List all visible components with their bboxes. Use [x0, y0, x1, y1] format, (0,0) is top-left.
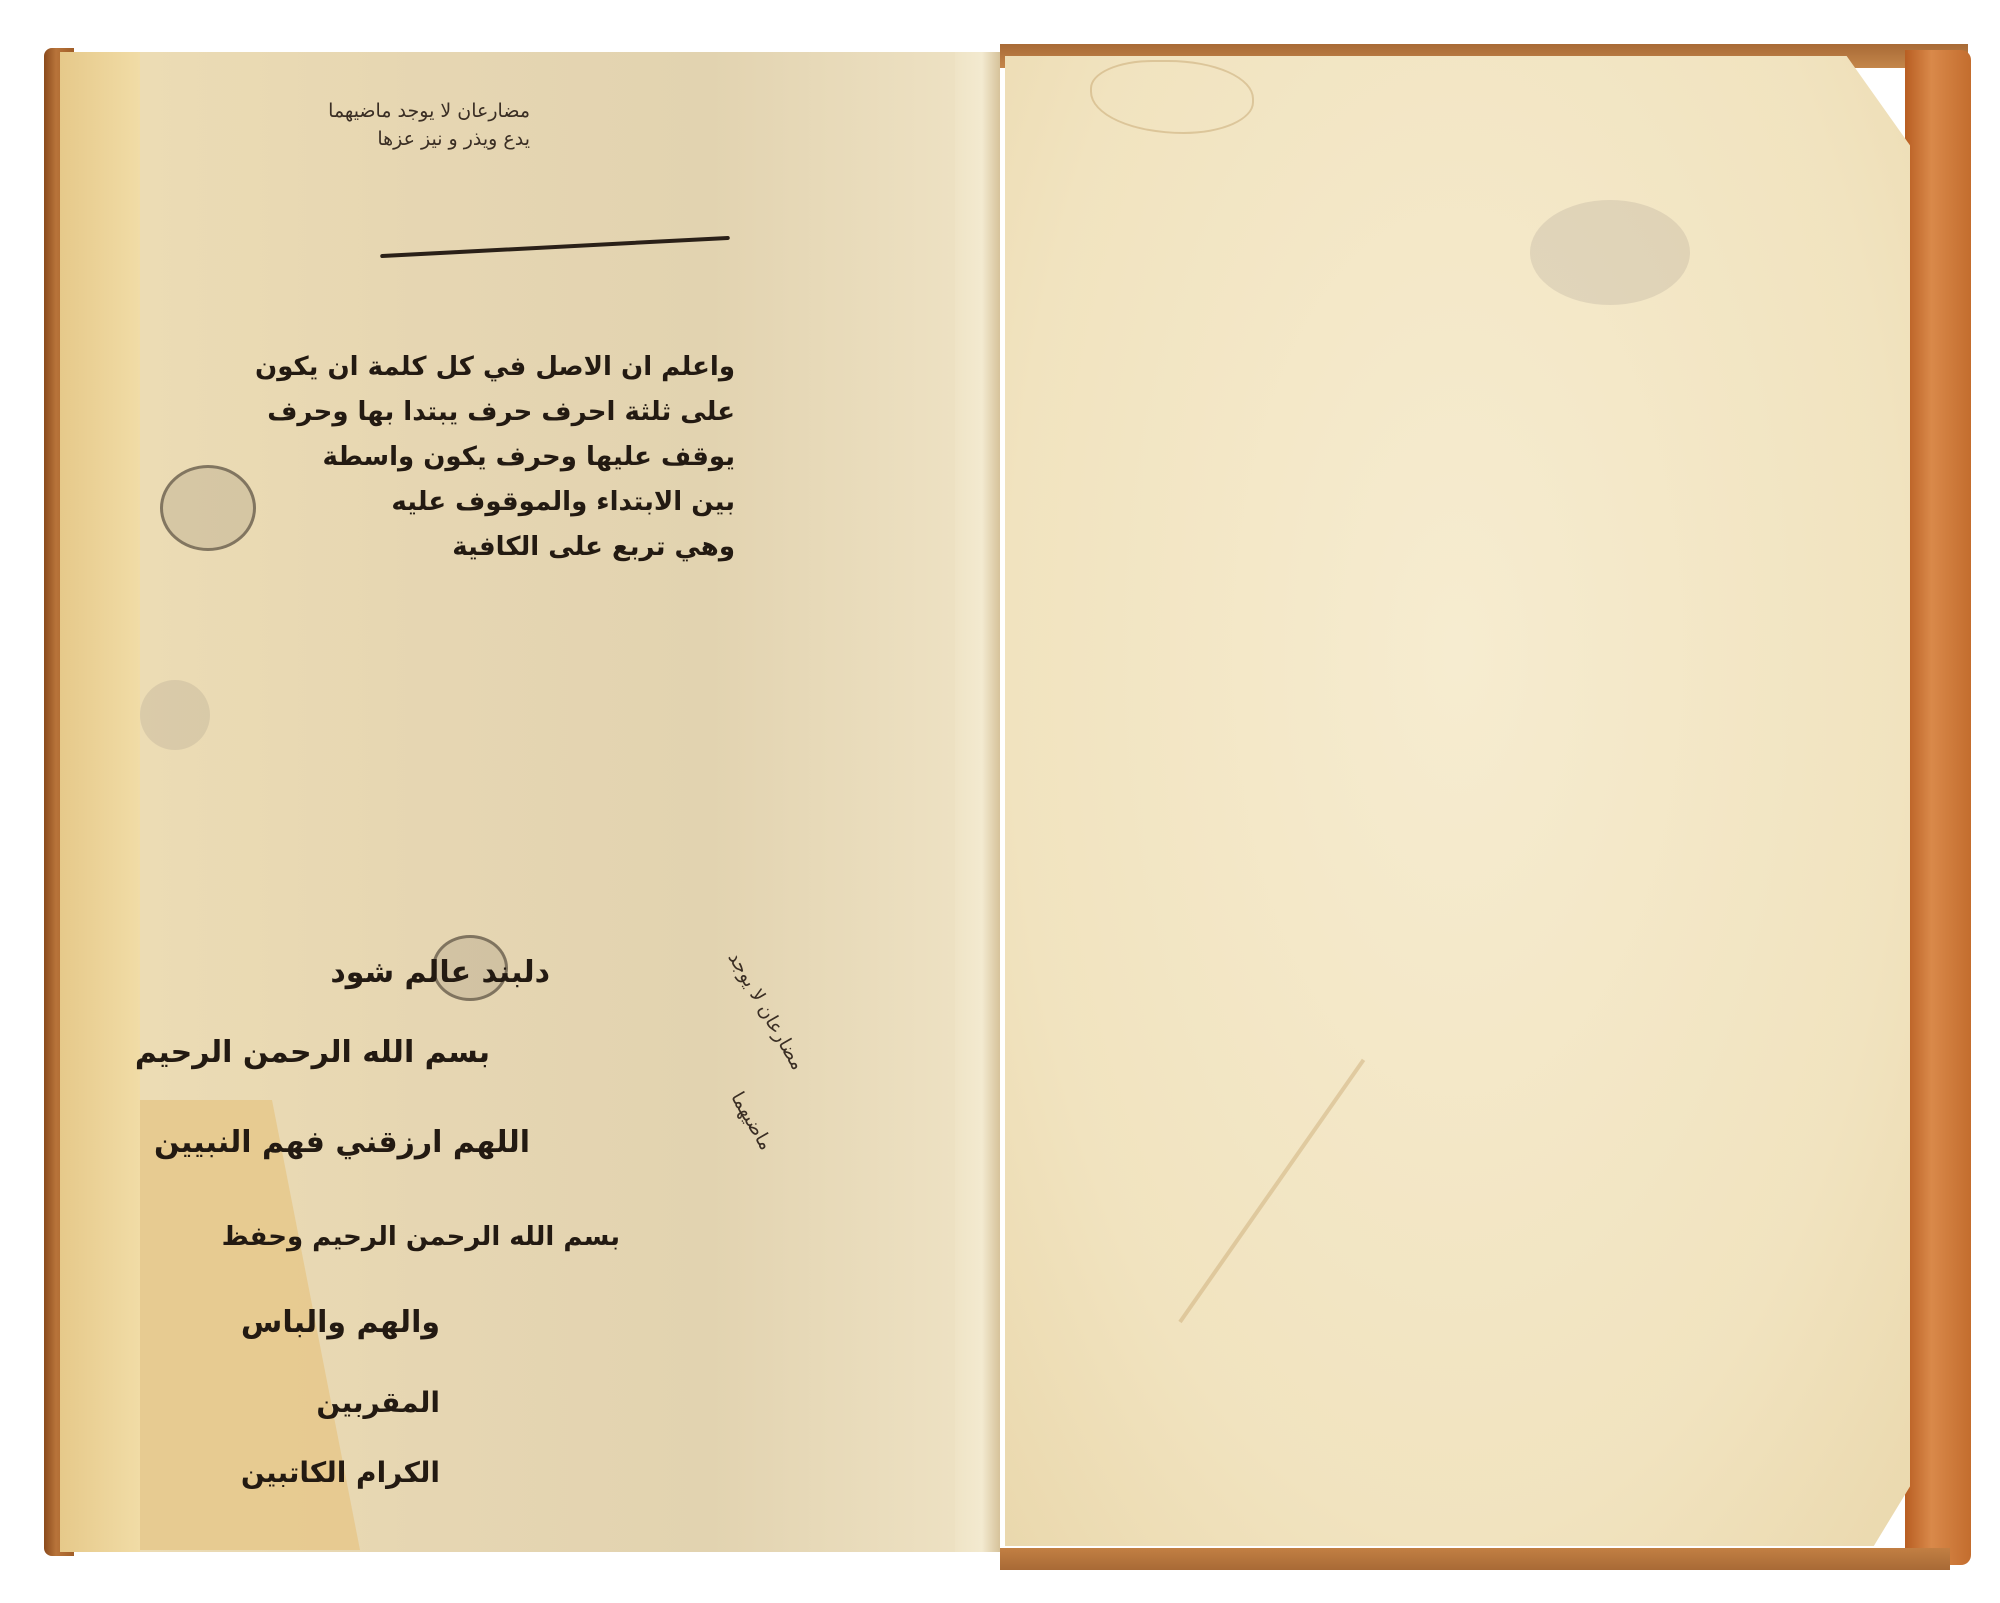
lower-line: والهم والباس: [241, 1300, 440, 1345]
text-line: واعلم ان الاصل في كل كلمة ان يكون: [255, 345, 735, 390]
main-text-block: واعلم ان الاصل في كل كلمة ان يكون على ثل…: [255, 345, 735, 570]
leather-cover-bottom-edge: [1000, 1548, 1950, 1570]
top-note: يدع ويذر و نيز عزها: [377, 128, 530, 150]
leather-cover-right-edge: [1905, 50, 1971, 1565]
top-note: مضارعان لا يوجد ماضيهما: [328, 100, 530, 122]
lower-line: دلبند عالم شود: [330, 950, 550, 995]
gutter: [955, 52, 1000, 1552]
offset-seal-impression: [1530, 200, 1690, 305]
left-page-repair-strip: [60, 52, 140, 1552]
text-line: يوقف عليها وحرف يكون واسطة: [255, 435, 735, 480]
text-line: بين الابتداء والموقوف عليه: [255, 480, 735, 525]
ownership-seal-upper: [160, 465, 256, 551]
lower-line: المقربين: [316, 1380, 440, 1425]
faint-stamp: [140, 680, 210, 750]
text-line: وهي تربع على الكافية: [255, 525, 735, 570]
text-line: على ثلثة احرف حرف يبتدا بها وحرف: [255, 390, 735, 435]
lower-line: بسم الله الرحمن الرحيم وحفظ: [222, 1215, 620, 1260]
right-page: [1005, 56, 1910, 1546]
lower-line: الكرام الكاتبين: [241, 1450, 440, 1495]
lower-line: اللهم ارزقني فهم النبيين: [154, 1120, 530, 1165]
lower-line: بسم الله الرحمن الرحيم: [135, 1030, 490, 1075]
